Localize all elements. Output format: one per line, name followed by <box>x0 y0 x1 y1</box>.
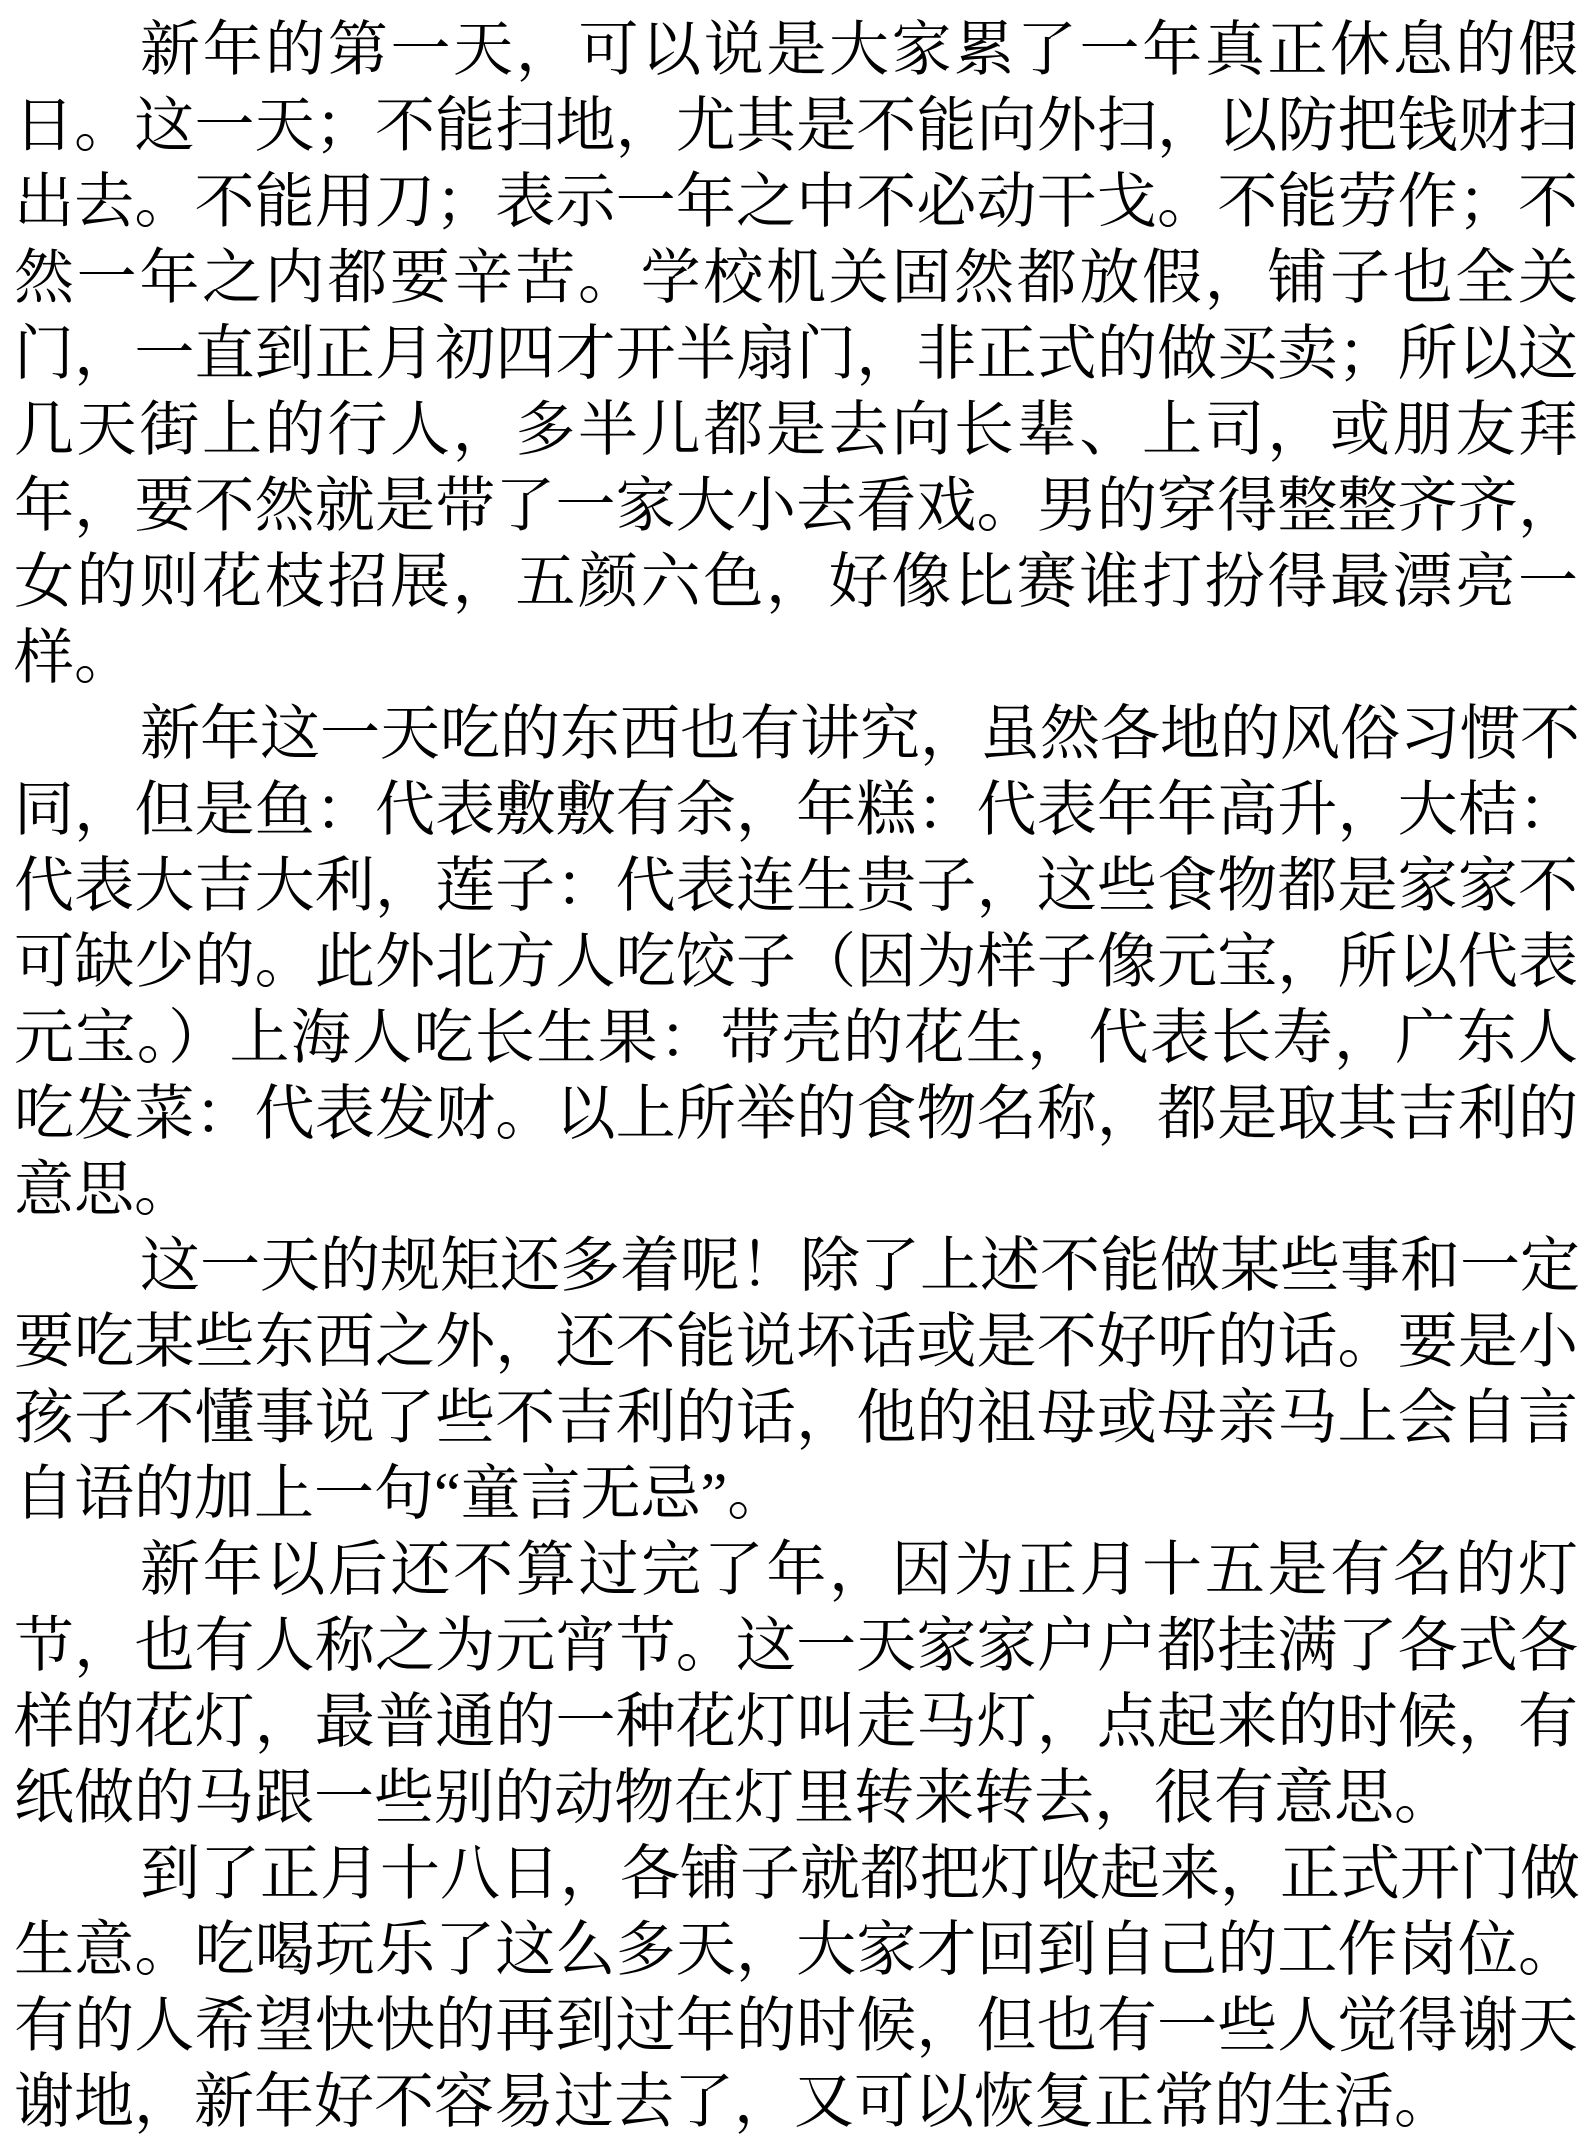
text-line: 代表大吉大利，莲子：代表连生贵子，这些食物都是家家不 <box>14 848 1578 924</box>
text-line: 同，但是鱼：代表敷敷有余，年糕：代表年年高升，大桔： <box>14 772 1578 848</box>
text-line: 几天街上的行人，多半儿都是去向长辈、上司，或朋友拜 <box>14 392 1578 468</box>
text-line: 新年的第一天，可以说是大家累了一年真正休息的假 <box>14 12 1578 88</box>
text-line: 门，一直到正月初四才开半扇门，非正式的做买卖；所以这 <box>14 316 1578 392</box>
text-line: 有的人希望快快的再到过年的时候，但也有一些人觉得谢天 <box>14 1988 1578 2064</box>
paragraph-new-year-foods: 新年这一天吃的东西也有讲究，虽然各地的风俗习惯不同，但是鱼：代表敷敷有余，年糕：… <box>14 696 1578 1228</box>
text-line: 出去。不能用刀；表示一年之中不必动干戈。不能劳作；不 <box>14 164 1578 240</box>
text-line: 日。这一天；不能扫地，尤其是不能向外扫，以防把钱财扫 <box>14 88 1578 164</box>
text-line: 生意。吃喝玩乐了这么多天，大家才回到自己的工作岗位。 <box>14 1912 1578 1988</box>
text-line: 孩子不懂事说了些不吉利的话，他的祖母或母亲马上会自言 <box>14 1380 1578 1456</box>
text-line: 要吃某些东西之外，还不能说坏话或是不好听的话。要是小 <box>14 1304 1578 1380</box>
text-line: 节，也有人称之为元宵节。这一天家家户户都挂满了各式各 <box>14 1608 1578 1684</box>
text-line: 女的则花枝招展，五颜六色，好像比赛谁打扮得最漂亮一 <box>14 544 1578 620</box>
paragraph-lantern-festival: 新年以后还不算过完了年，因为正月十五是有名的灯节，也有人称之为元宵节。这一天家家… <box>14 1532 1578 1836</box>
text-line: 样。 <box>14 620 1578 696</box>
text-line: 年，要不然就是带了一家大小去看戏。男的穿得整整齐齐， <box>14 468 1578 544</box>
text-line: 自语的加上一句“童言无忌”。 <box>14 1456 1578 1532</box>
text-line: 吃发菜：代表发财。以上所举的食物名称，都是取其吉利的 <box>14 1076 1578 1152</box>
document-page: 新年的第一天，可以说是大家累了一年真正休息的假日。这一天；不能扫地，尤其是不能向… <box>0 0 1592 2143</box>
text-line: 纸做的马跟一些别的动物在灯里转来转去，很有意思。 <box>14 1760 1578 1836</box>
text-line: 可缺少的。此外北方人吃饺子（因为样子像元宝，所以代表 <box>14 924 1578 1000</box>
text-line: 然一年之内都要辛苦。学校机关固然都放假，铺子也全关 <box>14 240 1578 316</box>
text-line: 元宝。）上海人吃长生果：带壳的花生，代表长寿，广东人 <box>14 1000 1578 1076</box>
text-line: 这一天的规矩还多着呢！除了上述不能做某些事和一定 <box>14 1228 1578 1304</box>
text-line: 谢地，新年好不容易过去了，又可以恢复正常的生活。 <box>14 2064 1578 2140</box>
text-line: 新年这一天吃的东西也有讲究，虽然各地的风俗习惯不 <box>14 696 1578 772</box>
text-line: 意思。 <box>14 1152 1578 1228</box>
paragraph-new-year-first-day: 新年的第一天，可以说是大家累了一年真正休息的假日。这一天；不能扫地，尤其是不能向… <box>14 12 1578 696</box>
text-line: 样的花灯，最普通的一种花灯叫走马灯，点起来的时候，有 <box>14 1684 1578 1760</box>
paragraph-back-to-work: 到了正月十八日，各铺子就都把灯收起来，正式开门做生意。吃喝玩乐了这么多天，大家才… <box>14 1836 1578 2140</box>
text-line: 新年以后还不算过完了年，因为正月十五是有名的灯 <box>14 1532 1578 1608</box>
paragraph-rules-and-taboos: 这一天的规矩还多着呢！除了上述不能做某些事和一定要吃某些东西之外，还不能说坏话或… <box>14 1228 1578 1532</box>
text-line: 到了正月十八日，各铺子就都把灯收起来，正式开门做 <box>14 1836 1578 1912</box>
